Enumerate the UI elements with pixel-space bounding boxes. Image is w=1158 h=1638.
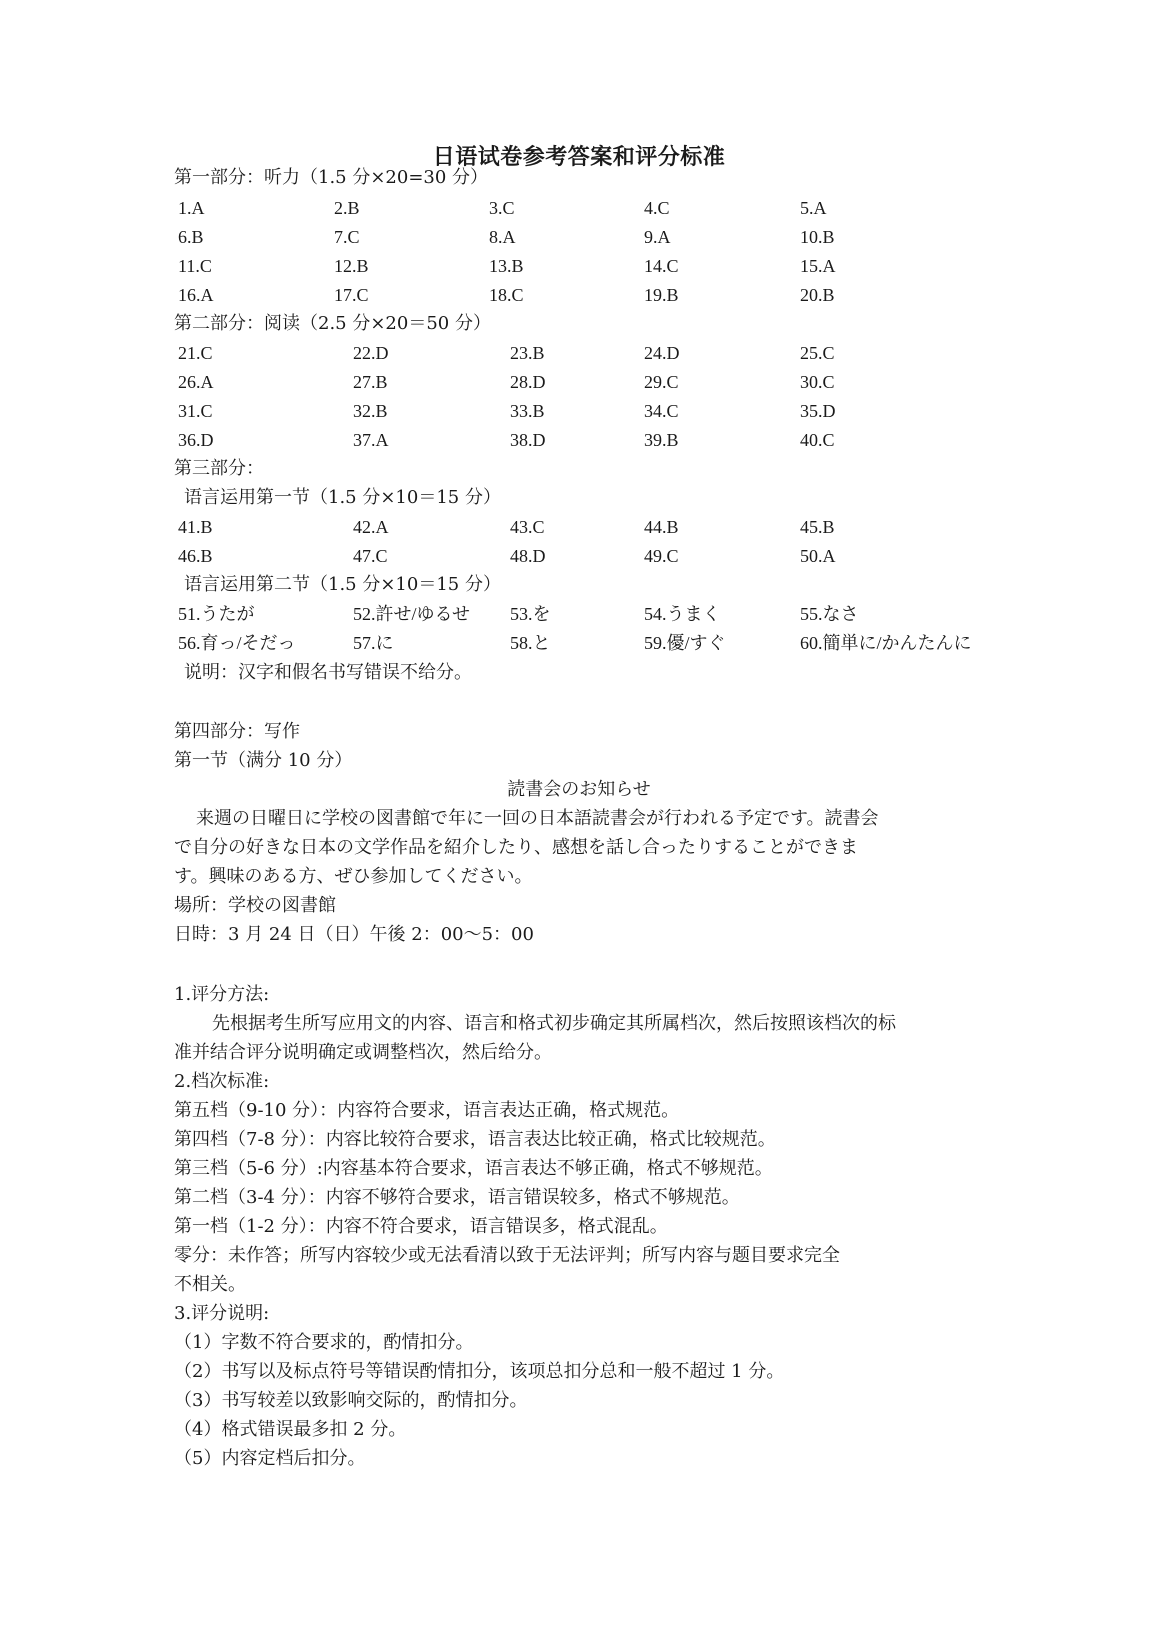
- answer-item: 20.B: [800, 283, 835, 307]
- grade-standard-line: 第二档（3-4 分）：内容不够符合要求，语言错误较多，格式不够规范。: [174, 1186, 740, 1210]
- answer-item: 6.B: [178, 225, 204, 249]
- answer-item: 33.B: [510, 399, 545, 423]
- scoring-note-item: （3）书写较差以致影响交际的，酌情扣分。: [174, 1389, 527, 1413]
- notice-body-line: す。興味のある方、ぜひ参加してください。: [174, 865, 533, 889]
- grade-standard-line: 第一档（1-2 分）：内容不符合要求，语言错误多，格式混乱。: [174, 1215, 668, 1239]
- answer-item: 3.C: [489, 196, 515, 220]
- answer-item: 53.を: [510, 602, 551, 626]
- part3-heading: 第三部分：: [174, 457, 264, 481]
- grade-standard-line: 不相关。: [174, 1273, 246, 1297]
- grade-standard-line: 第五档（9-10 分）：内容符合要求，语言表达正确，格式规范。: [174, 1099, 679, 1123]
- part3-note: 说明：汉字和假名书写错误不给分。: [184, 661, 472, 685]
- answer-item: 12.B: [334, 254, 369, 278]
- answer-item: 30.C: [800, 370, 835, 394]
- answer-item: 34.C: [644, 399, 679, 423]
- answer-item: 15.A: [800, 254, 836, 278]
- answer-item: 4.C: [644, 196, 670, 220]
- answer-item: 44.B: [644, 515, 679, 539]
- scoring-method-line: 准并结合评分说明确定或调整档次，然后给分。: [174, 1041, 552, 1065]
- answer-item: 51.うたが: [178, 602, 255, 626]
- answer-item: 58.と: [510, 631, 551, 655]
- answer-item: 23.B: [510, 341, 545, 365]
- grade-standard-line: 第三档（5-6 分）:内容基本符合要求，语言表达不够正确，格式不够规范。: [174, 1157, 773, 1181]
- answer-item: 2.B: [334, 196, 360, 220]
- answer-item: 31.C: [178, 399, 213, 423]
- answer-item: 11.C: [178, 254, 212, 278]
- answer-item: 60.簡単に/かんたんに: [800, 631, 972, 655]
- answer-item: 43.C: [510, 515, 545, 539]
- scoring-note-item: （4）格式错误最多扣 2 分。: [174, 1418, 406, 1442]
- grade-standards-heading: 2.档次标准:: [174, 1070, 269, 1094]
- scoring-method-heading: 1.评分方法:: [174, 983, 269, 1007]
- answer-item: 24.D: [644, 341, 680, 365]
- answer-item: 41.B: [178, 515, 213, 539]
- answer-item: 32.B: [353, 399, 388, 423]
- scoring-note-item: （5）内容定档后扣分。: [174, 1447, 365, 1471]
- scoring-method-line: 先根据考生所写应用文的内容、语言和格式初步确定其所属档次，然后按照该档次的标: [212, 1012, 896, 1036]
- part4-heading: 第四部分：写作: [174, 720, 300, 744]
- answer-item: 45.B: [800, 515, 835, 539]
- answer-item: 25.C: [800, 341, 835, 365]
- answer-item: 14.C: [644, 254, 679, 278]
- answer-item: 55.なさ: [800, 602, 859, 626]
- answer-item: 1.A: [178, 196, 205, 220]
- notice-body-line: 来週の日曜日に学校の図書館で年に一回の日本語読書会が行われる予定です。読書会: [196, 807, 879, 831]
- answer-item: 37.A: [353, 428, 389, 452]
- answer-item: 46.B: [178, 544, 213, 568]
- answer-item: 57.に: [353, 631, 394, 655]
- part1-heading: 第一部分：听力（1.5 分×20=30 分）: [174, 166, 488, 190]
- answer-item: 52.許せ/ゆるせ: [353, 602, 470, 626]
- part3-section2-heading: 语言运用第二节（1.5 分×10＝15 分）: [184, 573, 501, 597]
- answer-item: 59.優/すぐ: [644, 631, 726, 655]
- scoring-note-item: （2）书写以及标点符号等错误酌情扣分，该项总扣分总和一般不超过 1 分。: [174, 1360, 784, 1384]
- answer-item: 19.B: [644, 283, 679, 307]
- answer-item: 29.C: [644, 370, 679, 394]
- answer-item: 35.D: [800, 399, 836, 423]
- answer-item: 38.D: [510, 428, 546, 452]
- answer-item: 48.D: [510, 544, 546, 568]
- answer-item: 16.A: [178, 283, 214, 307]
- answer-item: 49.C: [644, 544, 679, 568]
- part2-heading: 第二部分：阅读（2.5 分×20＝50 分）: [174, 312, 491, 336]
- answer-item: 22.D: [353, 341, 389, 365]
- answer-item: 40.C: [800, 428, 835, 452]
- answer-item: 7.C: [334, 225, 360, 249]
- answer-item: 26.A: [178, 370, 214, 394]
- answer-item: 39.B: [644, 428, 679, 452]
- answer-item: 5.A: [800, 196, 827, 220]
- part3-section1-heading: 语言运用第一节（1.5 分×10＝15 分）: [184, 486, 501, 510]
- answer-item: 18.C: [489, 283, 524, 307]
- notice-place: 場所：学校の図書館: [174, 894, 336, 918]
- notice-datetime: 日時：3 月 24 日（日）午後 2：00～5：00: [174, 923, 534, 947]
- answer-item: 10.B: [800, 225, 835, 249]
- answer-item: 8.A: [489, 225, 516, 249]
- notice-body-line: で自分の好きな日本の文学作品を紹介したり、感想を話し合ったりすることができま: [174, 836, 858, 860]
- answer-item: 36.D: [178, 428, 214, 452]
- answer-item: 21.C: [178, 341, 213, 365]
- answer-item: 47.C: [353, 544, 388, 568]
- scoring-note-item: （1）字数不符合要求的，酌情扣分。: [174, 1331, 473, 1355]
- part4-section1-heading: 第一节（满分 10 分）: [174, 749, 352, 773]
- answer-item: 42.A: [353, 515, 389, 539]
- answer-item: 50.A: [800, 544, 836, 568]
- answer-item: 56.育っ/そだっ: [178, 631, 296, 655]
- answer-key-page: 日语试卷参考答案和评分标准 第一部分：听力（1.5 分×20=30 分） 1.A…: [0, 0, 1158, 1638]
- answer-item: 28.D: [510, 370, 546, 394]
- grade-standard-line: 第四档（7-8 分）：内容比较符合要求，语言表达比较正确，格式比较规范。: [174, 1128, 776, 1152]
- notice-title: 読書会のお知らせ: [0, 778, 1158, 802]
- answer-item: 17.C: [334, 283, 369, 307]
- grade-standard-line: 零分：未作答；所写内容较少或无法看清以致于无法评判；所写内容与题目要求完全: [174, 1244, 840, 1268]
- scoring-notes-heading: 3.评分说明:: [174, 1302, 269, 1326]
- answer-item: 27.B: [353, 370, 388, 394]
- answer-item: 13.B: [489, 254, 524, 278]
- answer-item: 9.A: [644, 225, 671, 249]
- answer-item: 54.うまく: [644, 602, 721, 626]
